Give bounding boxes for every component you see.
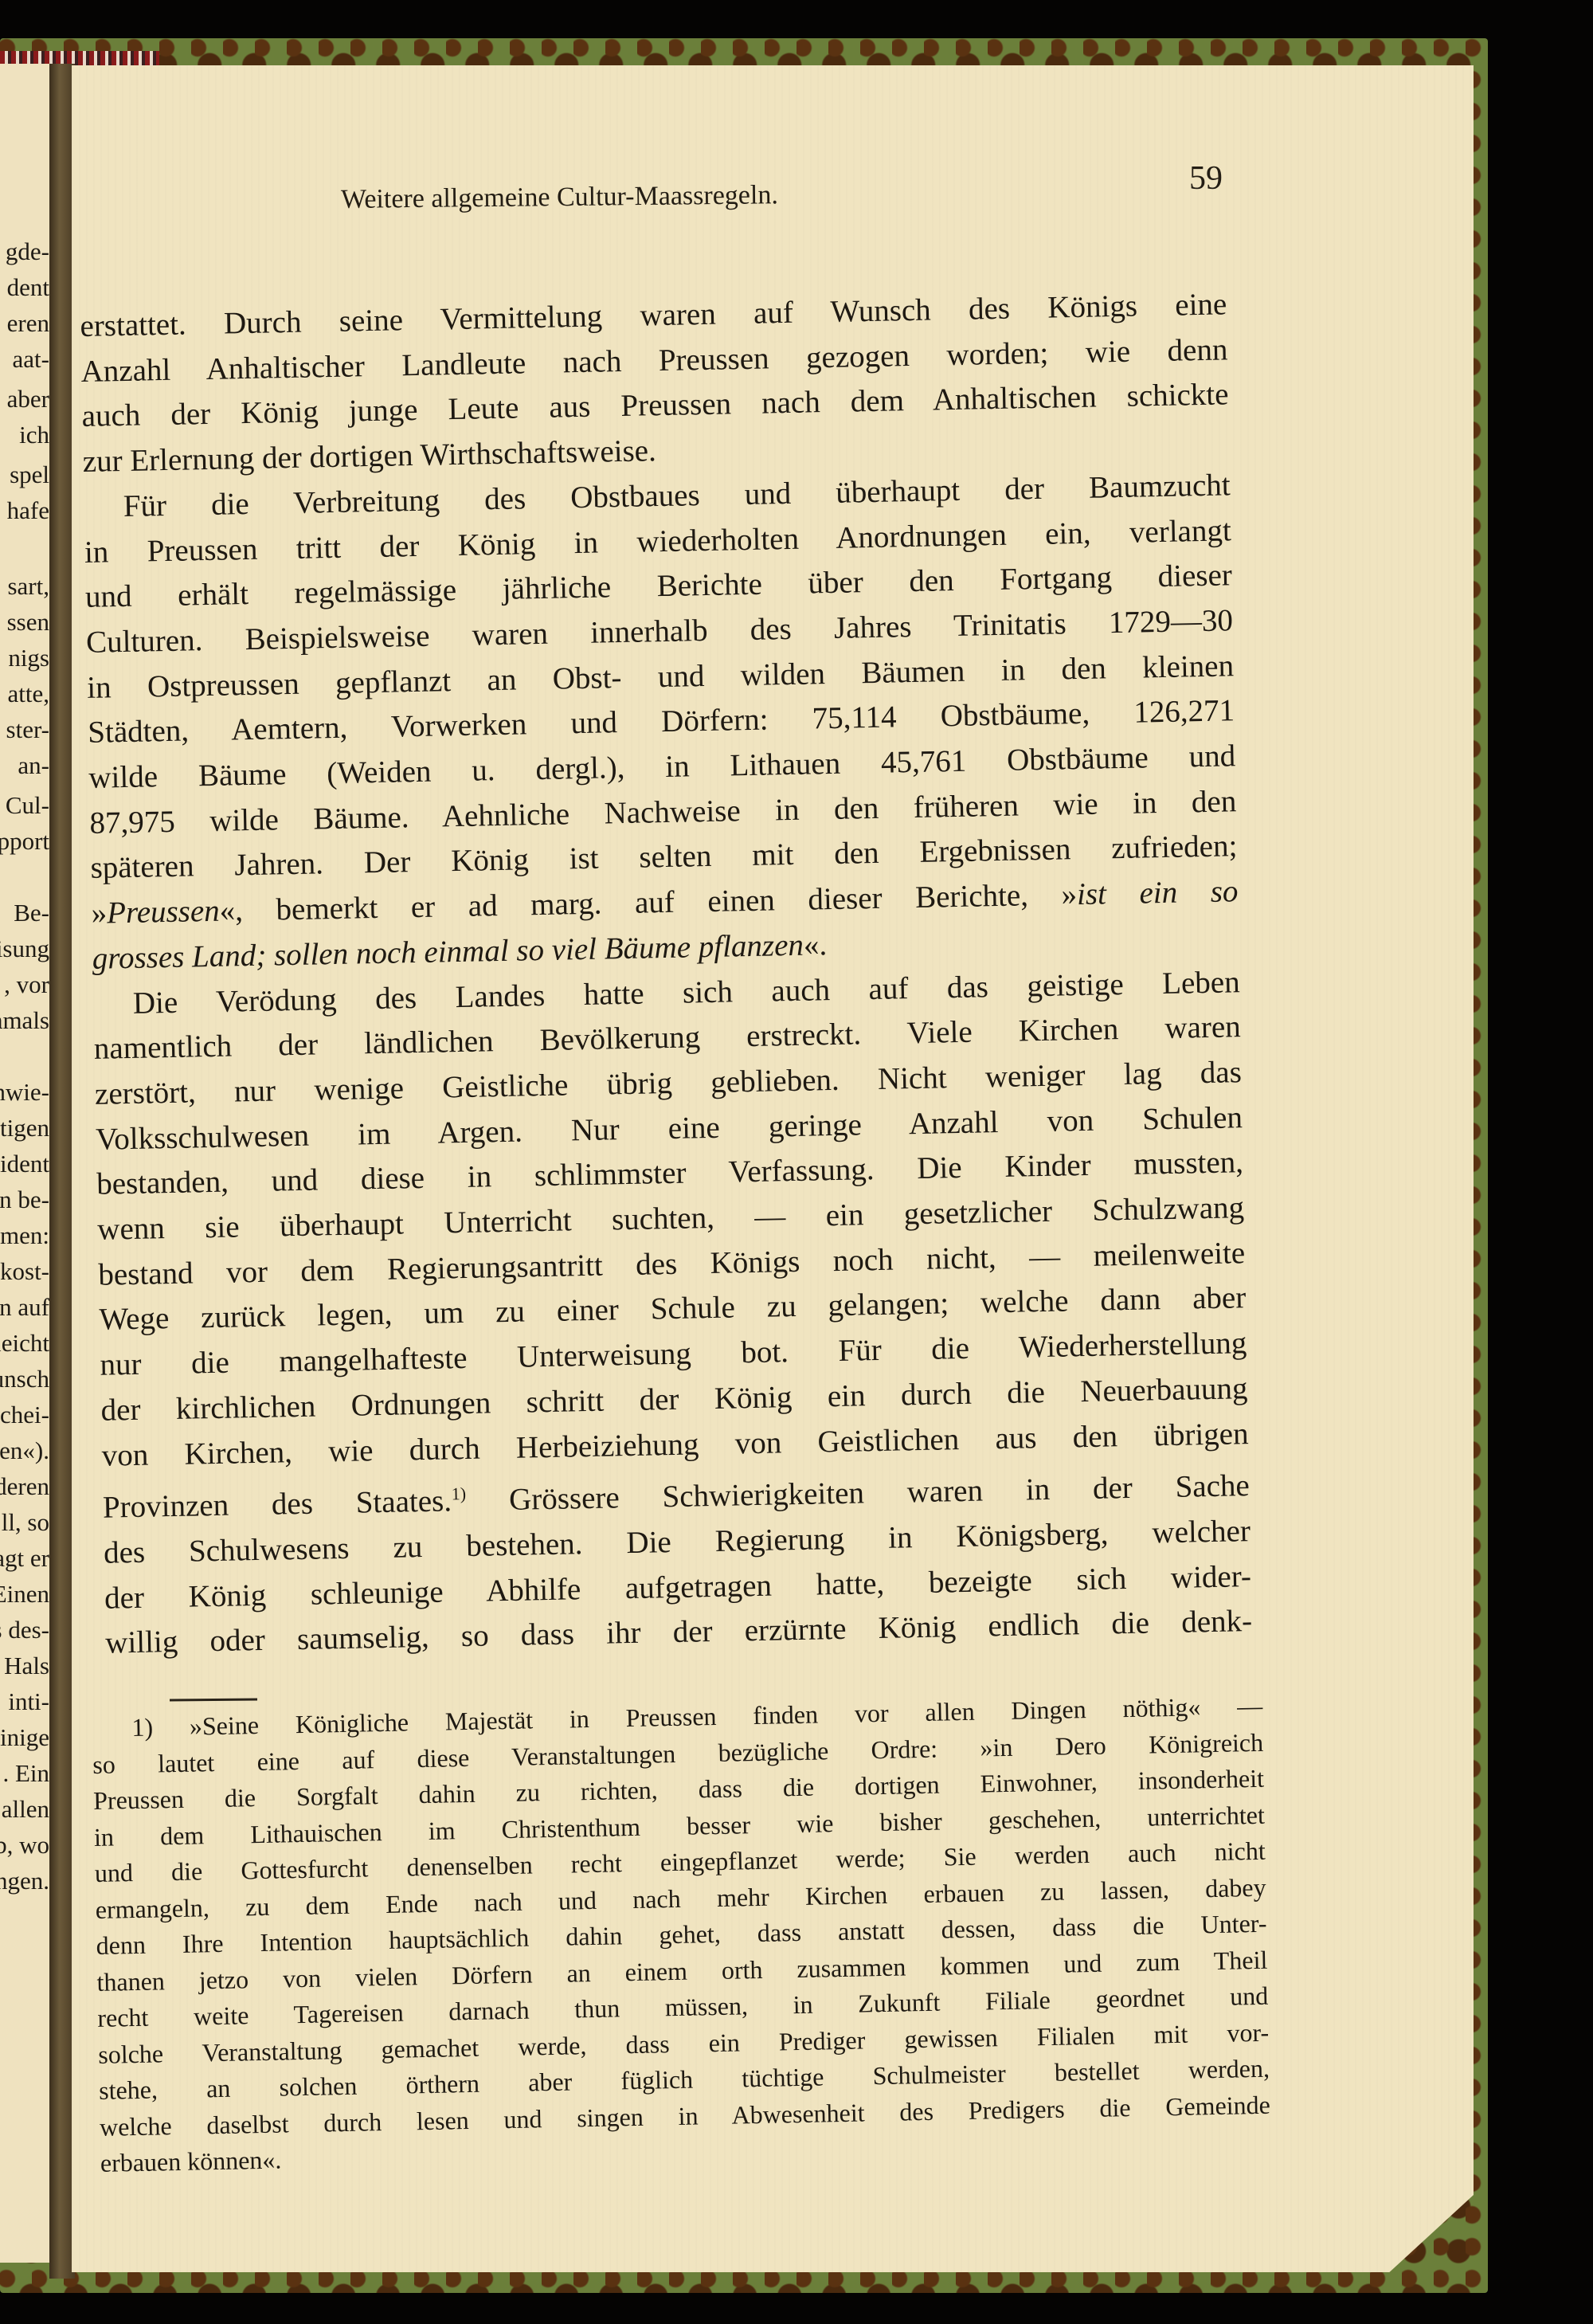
- left-page-edge: gde-denterenaat-aberichspelhafesart,ssen…: [0, 64, 53, 2263]
- page-number: 59: [1189, 159, 1223, 198]
- left-page-text-fragment: ben«).: [0, 1438, 49, 1463]
- left-page-text-fragment: engen.: [0, 1868, 49, 1893]
- left-page-text-fragment: Be-: [14, 900, 49, 925]
- footnote-divider: [170, 1699, 257, 1702]
- left-page-text-fragment: spel: [10, 462, 49, 487]
- left-page-text-fragment: aber: [7, 386, 49, 411]
- left-page-text-fragment: ster-: [6, 717, 49, 742]
- left-page-text-fragment: en auf: [0, 1295, 49, 1319]
- left-page-text-fragment: men:: [0, 1223, 49, 1248]
- left-page-text-fragment: b, wo: [0, 1832, 49, 1857]
- left-page-text-fragment: hafe: [7, 498, 49, 523]
- left-page-text-fragment: an-: [18, 753, 49, 778]
- left-page-text-fragment: agt er: [0, 1546, 49, 1570]
- left-page-text-fragment: aat-: [13, 347, 49, 371]
- left-page-text-fragment: ident: [0, 1151, 49, 1176]
- left-page-text-fragment: eren: [7, 311, 49, 335]
- italic-quote: ist ein so: [1077, 874, 1239, 911]
- left-page-text-fragment: Hals: [4, 1653, 49, 1678]
- left-page-text-fragment: schei-: [0, 1402, 49, 1427]
- left-page-text-fragment: leicht: [0, 1331, 49, 1355]
- left-page-text-fragment: hwie-: [0, 1080, 49, 1104]
- left-page-text-fragment: einige: [0, 1725, 49, 1750]
- left-page-text-fragment: s des-: [0, 1617, 49, 1642]
- left-page-text-fragment: ich: [19, 422, 49, 447]
- body-text: erstattet. Durch seine Vermittelung ware…: [80, 282, 1253, 1666]
- left-page-text-fragment: tigen: [0, 1115, 49, 1140]
- left-page-text-fragment: atte,: [8, 681, 50, 706]
- left-page-text-fragment: Cul-: [6, 793, 49, 817]
- left-page-text-fragment: Einen: [0, 1581, 49, 1606]
- left-page-text-fragment: , vor: [4, 972, 49, 997]
- italic-quote: Preussen: [107, 894, 220, 931]
- left-page-text-fragment: kost-: [0, 1259, 49, 1283]
- left-page-text-fragment: inti-: [8, 1689, 49, 1714]
- footnote: 1) »Seine Königliche Majestät in Preusse…: [92, 1688, 1271, 2182]
- left-page-text-fragment: gde-: [6, 239, 49, 264]
- left-page-text-fragment: n be-: [0, 1187, 49, 1212]
- footnote-reference[interactable]: 1): [452, 1483, 467, 1503]
- left-page-text-fragment: ssen: [7, 609, 49, 634]
- running-head: Weitere allgemeine Cultur-Maassregeln.: [341, 180, 778, 215]
- left-page-text-fragment: nigs: [8, 645, 49, 670]
- left-page-text-fragment: ll, so: [2, 1510, 49, 1534]
- left-page-text-fragment: deren: [0, 1474, 49, 1499]
- right-page: Weitere allgemeine Cultur-Maassregeln. 5…: [72, 65, 1474, 2272]
- left-page-text-fragment: dent: [7, 275, 49, 300]
- left-page-text-fragment: amals: [0, 1008, 49, 1033]
- left-page-text-fragment: . Ein: [2, 1761, 49, 1785]
- left-page-text-fragment: allen: [2, 1797, 49, 1821]
- left-page-text-fragment: sart,: [7, 574, 49, 598]
- book-gutter: [49, 64, 75, 2279]
- italic-quote: grosses Land; sollen noch einmal so viel…: [92, 928, 804, 976]
- left-page-text-fragment: isung: [0, 936, 49, 961]
- left-page-text-fragment: pport: [0, 829, 49, 853]
- left-page-text-fragment: unsch: [0, 1366, 49, 1391]
